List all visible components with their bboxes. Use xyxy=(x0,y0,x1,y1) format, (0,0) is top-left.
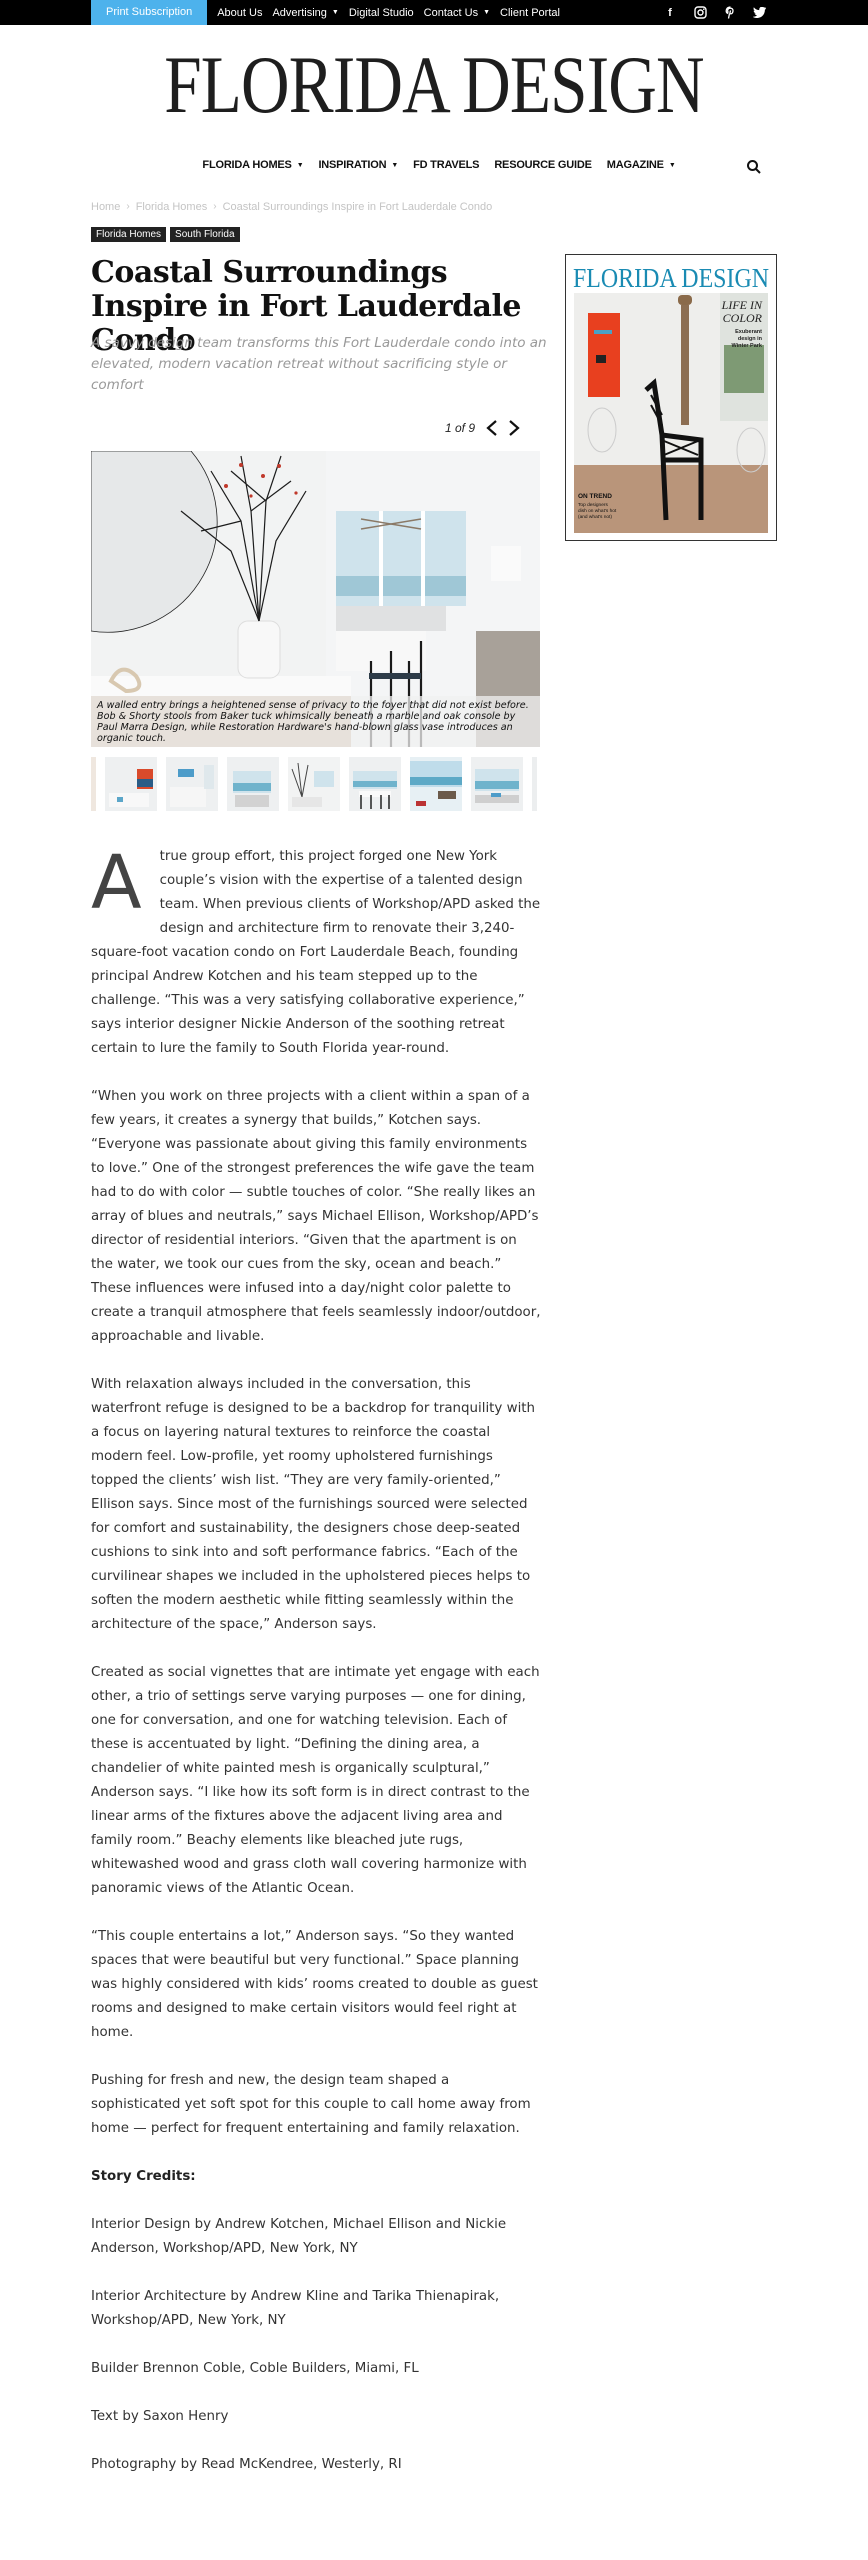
nav-label: INSPIRATION xyxy=(318,159,386,171)
chevron-down-icon: ▼ xyxy=(483,9,490,16)
svg-text:dish on what's hot: dish on what's hot xyxy=(578,508,617,514)
link-label: About Us xyxy=(217,7,262,19)
top-link-client-portal[interactable]: Client Portal xyxy=(500,7,560,19)
gallery-thumbnail[interactable] xyxy=(288,757,340,811)
link-label: Client Portal xyxy=(500,7,560,19)
article-body: Atrue group effort, this project forged … xyxy=(91,845,541,2501)
breadcrumb-current: Coastal Surroundings Inspire in Fort Lau… xyxy=(223,201,493,213)
svg-text:(and what's not): (and what's not) xyxy=(578,514,612,520)
credit-line: Text by Saxon Henry xyxy=(91,2405,541,2429)
nav-item-resource-guide[interactable]: RESOURCE GUIDE xyxy=(494,159,591,171)
cover-masthead: FLORIDA DESIGN xyxy=(573,263,769,293)
nav-label: MAGAZINE xyxy=(607,159,664,171)
top-link-about-us[interactable]: About Us xyxy=(217,7,262,19)
instagram-icon[interactable] xyxy=(692,5,708,21)
gallery-main-image[interactable]: A walled entry brings a heightened sense… xyxy=(91,451,540,747)
chevron-down-icon: ▼ xyxy=(332,9,339,16)
article-paragraph: Pushing for fresh and new, the design te… xyxy=(91,2069,541,2141)
breadcrumb-home[interactable]: Home xyxy=(91,201,120,213)
category-tags: Florida Homes South Florida xyxy=(91,227,240,242)
svg-text:LIFE IN: LIFE IN xyxy=(721,298,763,312)
story-credits-heading: Story Credits: xyxy=(91,2165,541,2189)
breadcrumb-separator: › xyxy=(213,201,216,213)
chevron-down-icon: ▼ xyxy=(297,162,304,169)
top-link-contact-us[interactable]: Contact Us▼ xyxy=(424,7,490,19)
nav-label: RESOURCE GUIDE xyxy=(494,159,591,171)
gallery-thumbnail[interactable] xyxy=(105,757,157,811)
breadcrumb-separator: › xyxy=(126,201,129,213)
gallery-thumbnail[interactable] xyxy=(349,757,401,811)
gallery-thumbnail[interactable] xyxy=(471,757,523,811)
svg-text:COLOR: COLOR xyxy=(723,311,763,325)
svg-text:Exuberant: Exuberant xyxy=(735,329,762,335)
gallery-thumbnail[interactable] xyxy=(91,757,96,811)
svg-text:Top designers: Top designers xyxy=(578,502,608,508)
facebook-icon[interactable]: f xyxy=(662,5,678,21)
nav-item-inspiration[interactable]: INSPIRATION▼ xyxy=(318,159,398,171)
gallery-thumbnail[interactable] xyxy=(166,757,218,811)
gallery-counter: 1 of 9 xyxy=(445,421,475,435)
gallery-thumbnails xyxy=(91,757,540,811)
credit-line: Builder Brennon Coble, Coble Builders, M… xyxy=(91,2357,541,2381)
article-subtitle: A savvy design team transforms this Fort… xyxy=(91,333,551,396)
site-logo[interactable]: FLORIDA DESIGN xyxy=(78,44,790,126)
drop-cap: A xyxy=(91,853,142,919)
link-label: Contact Us xyxy=(424,7,478,19)
magazine-cover-ad[interactable]: FLORIDA DESIGN LIFE IN COLOR Exuberant d… xyxy=(565,254,777,541)
gallery-prev-button[interactable] xyxy=(483,417,501,439)
top-bar: Print Subscription About Us Advertising▼… xyxy=(0,0,868,25)
nav-label: FD TRAVELS xyxy=(413,159,479,171)
gallery-thumbnail[interactable] xyxy=(410,757,462,811)
search-icon[interactable] xyxy=(746,159,762,175)
paragraph-text: true group effort, this project forged o… xyxy=(91,849,540,1056)
article-paragraph: Created as social vignettes that are int… xyxy=(91,1661,541,1901)
article-paragraph: With relaxation always included in the c… xyxy=(91,1373,541,1637)
breadcrumb-florida-homes[interactable]: Florida Homes xyxy=(136,201,208,213)
twitter-icon[interactable] xyxy=(752,5,768,21)
credit-line: Interior Design by Andrew Kotchen, Micha… xyxy=(91,2213,541,2261)
gallery-next-button[interactable] xyxy=(505,417,523,439)
credit-line: Photography by Read McKendree, Westerly,… xyxy=(91,2453,541,2477)
chevron-down-icon: ▼ xyxy=(669,162,676,169)
social-links: f xyxy=(662,0,768,25)
chevron-down-icon: ▼ xyxy=(391,162,398,169)
top-link-advertising[interactable]: Advertising▼ xyxy=(272,7,338,19)
top-link-digital-studio[interactable]: Digital Studio xyxy=(349,7,414,19)
link-label: Advertising xyxy=(272,7,326,19)
nav-item-fd-travels[interactable]: FD TRAVELS xyxy=(413,159,479,171)
print-subscription-link[interactable]: Print Subscription xyxy=(91,0,207,25)
category-tag-florida-homes[interactable]: Florida Homes xyxy=(91,227,166,242)
pinterest-icon[interactable] xyxy=(722,5,738,21)
gallery-thumbnail[interactable] xyxy=(227,757,279,811)
magazine-cover-image: FLORIDA DESIGN LIFE IN COLOR Exuberant d… xyxy=(566,255,776,540)
nav-item-magazine[interactable]: MAGAZINE▼ xyxy=(607,159,676,171)
svg-text:ON TREND: ON TREND xyxy=(578,493,612,500)
article-paragraph: “When you work on three projects with a … xyxy=(91,1085,541,1349)
svg-text:design in: design in xyxy=(738,336,763,342)
nav-label: FLORIDA HOMES xyxy=(202,159,291,171)
link-label: Digital Studio xyxy=(349,7,414,19)
article-paragraph: “This couple entertains a lot,” Anderson… xyxy=(91,1925,541,2045)
nav-item-florida-homes[interactable]: FLORIDA HOMES▼ xyxy=(202,159,303,171)
main-nav: FLORIDA HOMES▼ INSPIRATION▼ FD TRAVELS R… xyxy=(0,159,868,171)
credit-line: Interior Architecture by Andrew Kline an… xyxy=(91,2285,541,2333)
breadcrumb: Home › Florida Homes › Coastal Surroundi… xyxy=(91,201,492,213)
svg-text:Winter Park: Winter Park xyxy=(731,343,762,349)
gallery-caption: A walled entry brings a heightened sense… xyxy=(91,696,540,747)
gallery-thumbnail[interactable] xyxy=(532,757,537,811)
article-paragraph: Atrue group effort, this project forged … xyxy=(91,845,541,1061)
category-tag-south-florida[interactable]: South Florida xyxy=(170,227,239,242)
